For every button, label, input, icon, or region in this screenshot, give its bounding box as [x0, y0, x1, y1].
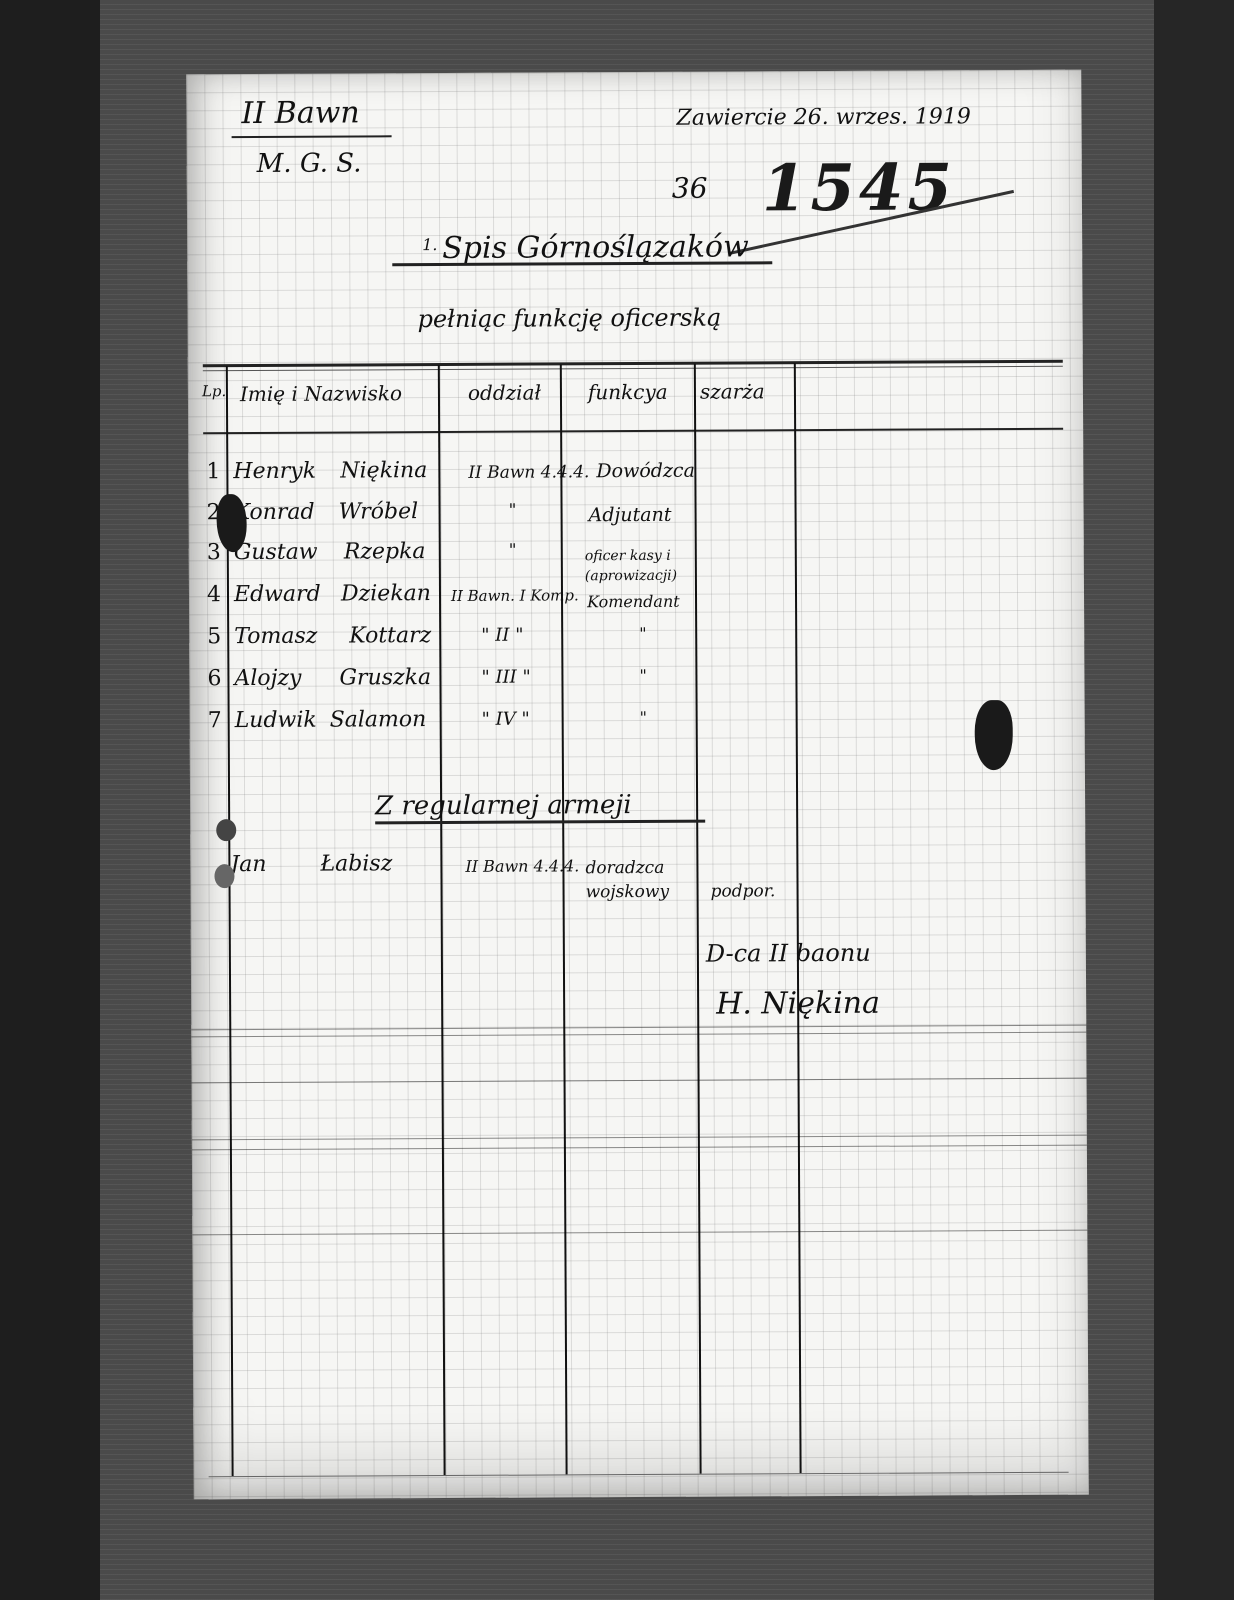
scan-border-right — [1154, 0, 1234, 1600]
scan-line — [192, 1145, 1087, 1151]
last-name: Wróbel — [339, 499, 419, 524]
unit-cell: " — [509, 541, 517, 561]
row-number: 5 — [207, 624, 221, 649]
place-date: Zawiercie 26. wrzes. 1919 — [676, 104, 971, 131]
function-cell: Dowódzca — [596, 460, 695, 483]
column-divider-oddzial — [560, 364, 568, 1474]
signature-title: D-ca II baonu — [706, 939, 871, 968]
first-name: Tomasz — [234, 624, 317, 649]
document-page: II Bawn M. G. S. Zawiercie 26. wrzes. 19… — [186, 70, 1088, 1500]
signature: H. Niękina — [716, 986, 880, 1022]
column-header-lp: Lp. — [202, 382, 226, 400]
row-number: 4 — [207, 582, 221, 607]
rank-cell: podpor. — [711, 881, 776, 901]
first-name: Ludwik — [235, 708, 317, 733]
row-number: 1 — [206, 459, 220, 484]
unit-underline — [232, 135, 392, 138]
column-header-oddzial: oddział — [468, 381, 541, 405]
initials: M. G. S. — [257, 148, 362, 179]
scan-line — [191, 1025, 1086, 1031]
last-name: Łabisz — [320, 851, 392, 876]
punch-hole — [216, 819, 236, 841]
unit-cell: " II " — [481, 625, 523, 646]
function-cell: Komendant — [587, 592, 680, 611]
first-name: Alojzy — [234, 666, 301, 691]
function-cell: oficer kasy i (aprowizacji) — [585, 546, 695, 587]
ink-blot — [216, 494, 246, 552]
section-heading-regular-army: Z regularnej armeji — [375, 790, 632, 821]
reference-number-small: 36 — [672, 172, 708, 205]
column-divider-funkcja — [694, 364, 702, 1474]
last-name: Rzepka — [344, 539, 426, 564]
last-name: Dziekan — [341, 581, 431, 606]
unit-label: II Bawn — [241, 95, 359, 131]
row-number: 3 — [207, 540, 221, 565]
scan-line — [192, 1078, 1087, 1084]
unit-cell: " IV " — [482, 709, 530, 730]
title-number: 1. — [422, 235, 437, 254]
punch-hole — [214, 864, 234, 888]
function-cell: " — [640, 708, 647, 727]
document-subtitle: pełniąc funkcję oficerską — [417, 304, 721, 334]
column-divider-szarza — [794, 363, 802, 1473]
first-name: Gustaw — [234, 540, 318, 565]
column-header-funkcja: funkcya — [588, 380, 668, 404]
section-heading-underline — [375, 820, 705, 825]
unit-cell: " — [509, 501, 517, 521]
unit-cell: II Bawn 4.4.4. — [468, 462, 589, 483]
unit-cell: II Bawn. I Komp. — [451, 586, 579, 605]
title-underline — [392, 261, 772, 266]
unit-cell: " III " — [481, 667, 530, 688]
scan-line — [192, 1135, 1087, 1141]
scan-border-left — [0, 0, 100, 1600]
row-number: 6 — [207, 666, 221, 691]
row-number: 7 — [208, 708, 222, 733]
last-name: Niękina — [340, 458, 427, 483]
column-header-name: Imię i Nazwisko — [240, 381, 402, 406]
unit-cell: II Bawn 4.4.4. — [465, 856, 579, 876]
document-title: Spis Górnoślązaków — [442, 229, 749, 266]
function-cell: doradzca wojskowy — [585, 856, 695, 905]
function-cell: Adjutant — [589, 504, 672, 526]
last-name: Kottarz — [349, 623, 431, 648]
scan-line — [192, 1230, 1087, 1236]
column-header-szarza: szarża — [700, 379, 765, 403]
first-name: Edward — [234, 582, 321, 607]
column-divider-name — [438, 365, 446, 1475]
reference-number-large: 1545 — [762, 150, 957, 226]
scan-line — [191, 1032, 1086, 1038]
ink-blot — [975, 700, 1013, 770]
function-cell: " — [639, 624, 646, 643]
last-name: Gruszka — [339, 665, 431, 690]
last-name: Salamon — [330, 707, 427, 733]
first-name: Henryk — [233, 459, 316, 484]
function-cell: " — [639, 666, 646, 685]
table-bottom-rule — [209, 1472, 1069, 1478]
table-header-rule — [203, 428, 1063, 435]
first-name: Jan — [230, 852, 266, 877]
